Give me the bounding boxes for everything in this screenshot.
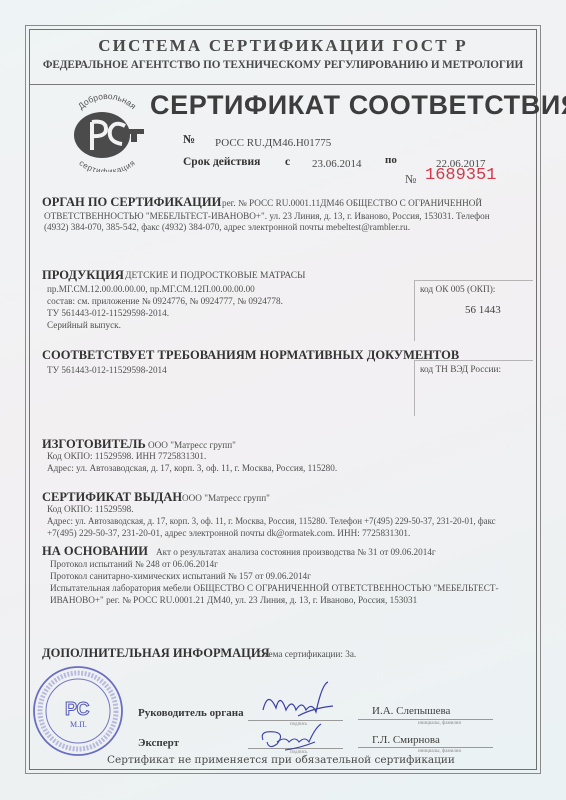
product-label: ПРОДУКЦИЯ bbox=[42, 268, 124, 283]
head-name: И.А. Слепышева bbox=[372, 705, 450, 717]
basis-line-0: Акт о результатах анализа состояния прои… bbox=[156, 547, 436, 557]
issued-to-line-2: Адрес: ул. Автозаводская, д. 17, корп. 3… bbox=[47, 516, 496, 526]
certification-scheme: Схема сертификации: 3а. bbox=[258, 649, 356, 659]
certification-body-line-3: (4932) 384-070, 385-542, факс (4932) 384… bbox=[44, 222, 410, 232]
basis-line-2: Протокол санитарно-химических испытаний … bbox=[50, 571, 311, 581]
expert-name: Г.Л. Смирнова bbox=[372, 734, 440, 746]
manufacturer-name: ООО "Матресс групп" bbox=[148, 440, 236, 450]
product-line-3: ТУ 561443-012-11529598-2014. bbox=[47, 308, 169, 318]
issued-to-line-3: +7(495) 229-50-37, 231-20-01, адрес элек… bbox=[47, 528, 410, 538]
issued-to-label: СЕРТИФИКАТ ВЫДАН bbox=[42, 490, 182, 505]
certification-body-label: ОРГАН ПО СЕРТИФИКАЦИИ bbox=[42, 195, 221, 210]
product-line-1: пр.МГ.СМ.12.00.00.00.00, пр.МГ.СМ.12П.00… bbox=[47, 284, 255, 294]
agency-title: ФЕДЕРАЛЬНОЕ АГЕНТСТВО ПО ТЕХНИЧЕСКОМУ РЕ… bbox=[0, 59, 566, 71]
okp-code-label: код ОК 005 (ОКП): bbox=[420, 285, 495, 295]
expert-signature-label: Эксперт bbox=[138, 737, 179, 749]
product-name: ДЕТСКИЕ И ПОДРОСТКОВЫЕ МАТРАСЫ bbox=[125, 271, 305, 281]
normative-document: ТУ 561443-012-11529598-2014 bbox=[47, 365, 167, 375]
head-name-line bbox=[358, 719, 493, 720]
svg-text:РС: РС bbox=[65, 699, 90, 719]
voluntary-notice: Сертификат не применяется при обязательн… bbox=[107, 754, 455, 766]
expert-name-line bbox=[358, 747, 493, 748]
conformity-label: СООТВЕТСТВУЕТ ТРЕБОВАНИЯМ НОРМАТИВНЫХ ДО… bbox=[42, 348, 459, 363]
certificate-title: СЕРТИФИКАТ СООТВЕТСТВИЯ bbox=[150, 90, 566, 121]
blank-number-label: № bbox=[405, 172, 416, 187]
basis-line-4: ИВАНОВО+" рег. № РОСС RU.0001.21 ДМ40, у… bbox=[50, 595, 417, 605]
certification-body-line-1: рег. № РОСС RU.0001.11ДМ46 ОБЩЕСТВО С ОГ… bbox=[222, 198, 482, 208]
blank-serial-number: 1689351 bbox=[425, 166, 496, 185]
manufacturer-address: Адрес: ул. Автозаводская, д. 17, корп. 3… bbox=[47, 463, 337, 473]
svg-text:сертификация: сертификация bbox=[77, 158, 136, 172]
okp-code-value: 56 1443 bbox=[465, 304, 501, 316]
issued-to-line-1: Код ОКПО: 11529598. bbox=[47, 504, 134, 514]
rst-voluntary-certification-logo-icon: Добровольная сертификация bbox=[62, 92, 152, 172]
basis-line-3: Испытательная лаборатория мебели ОБЩЕСТВ… bbox=[50, 583, 499, 593]
basis-line-1: Протокол испытаний № 248 от 06.06.2014г bbox=[50, 559, 218, 569]
issued-to-name: ООО "Матресс групп" bbox=[182, 493, 270, 503]
certificate-number: РОСС RU.ДМ46.Н01775 bbox=[215, 137, 331, 149]
header-divider bbox=[30, 84, 535, 85]
validity-from-label: с bbox=[285, 156, 290, 168]
valid-from-date: 23.06.2014 bbox=[312, 158, 362, 170]
official-seal-stamp-icon: РС М.П. bbox=[32, 665, 124, 757]
product-line-4: Серийный выпуск. bbox=[47, 320, 121, 330]
system-title: СИСТЕМА СЕРТИФИКАЦИИ ГОСТ Р bbox=[0, 36, 566, 56]
additional-info-label: ДОПОЛНИТЕЛЬНАЯ ИНФОРМАЦИЯ bbox=[42, 646, 270, 661]
tnved-code-label: код ТН ВЭД России: bbox=[420, 365, 501, 375]
certification-body-line-2: ОТВЕТСТВЕННОСТЬЮ "МЕБЕЛЬТЕСТ-ИВАНОВО+". … bbox=[44, 211, 490, 221]
head-name-caption: инициалы, фамилия bbox=[418, 721, 461, 726]
manufacturer-label: ИЗГОТОВИТЕЛЬ bbox=[42, 437, 146, 452]
number-label: № bbox=[183, 132, 195, 147]
svg-text:Добровольная: Добровольная bbox=[76, 92, 139, 111]
svg-text:М.П.: М.П. bbox=[70, 720, 87, 729]
product-line-2: состав: см. приложение № 0924776, № 0924… bbox=[47, 296, 283, 306]
manufacturer-line-1: Код ОКПО: 11529598. ИНН 7725831301. bbox=[47, 451, 206, 461]
validity-label: Срок действия bbox=[183, 156, 260, 168]
head-signature-label: Руководитель органа bbox=[138, 707, 244, 719]
validity-to-label: по bbox=[385, 154, 397, 166]
basis-label: НА ОСНОВАНИИ bbox=[42, 544, 148, 559]
